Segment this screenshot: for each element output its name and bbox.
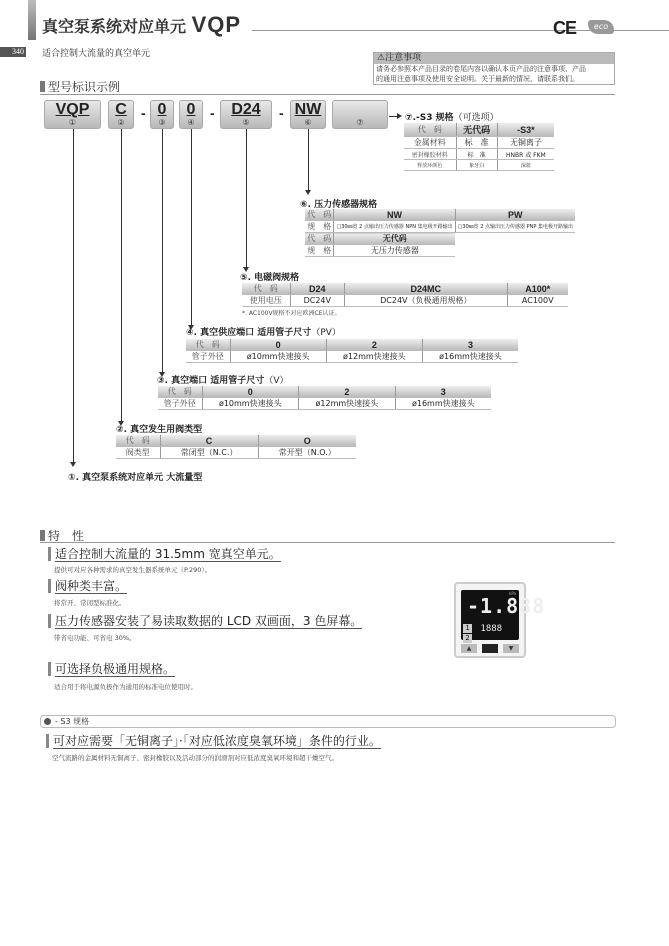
connector-line bbox=[162, 129, 163, 373]
lcd-screen: kPa -1.888 1 1888 2 bbox=[461, 590, 519, 640]
heading-text: ④. 真空供应端口 适用管子尺寸 bbox=[186, 328, 311, 338]
ce-mark-icon: CE bbox=[553, 18, 576, 39]
solenoid-note: *. AC100V规格不对应欧洲CE认证。 bbox=[242, 308, 341, 317]
feature-desc: 适合用于将电源负极作为通用的标准电位使用时。 bbox=[54, 682, 197, 691]
bar-label: - S3 规格 bbox=[55, 717, 89, 726]
cell: NW bbox=[334, 209, 455, 221]
box-num: ① bbox=[45, 118, 100, 128]
cell: ø16mm快速接头 bbox=[422, 351, 518, 363]
box-code bbox=[333, 102, 387, 118]
cell: DC24V（负极通用规格） bbox=[345, 295, 507, 307]
up-button-icon: ▲ bbox=[461, 644, 477, 653]
cell: 标 准 bbox=[456, 137, 497, 149]
arrow-down-icon bbox=[305, 190, 311, 195]
cell: 2 bbox=[299, 386, 396, 398]
cell: 使用电压 bbox=[242, 295, 290, 307]
cell: 代 码 bbox=[158, 386, 202, 398]
cell: ø16mm快速接头 bbox=[395, 398, 491, 410]
main-display: -1.888 bbox=[467, 594, 545, 618]
s3-section-bar: - S3 规格 bbox=[40, 715, 616, 728]
connector-line bbox=[121, 129, 122, 422]
cell: DC24V bbox=[290, 295, 345, 307]
cell: ø10mm快速接头 bbox=[230, 351, 326, 363]
arrow-right-icon bbox=[397, 113, 402, 119]
model-section-heading: 型号标识示例 bbox=[40, 78, 120, 95]
cell: 无压力传感器 bbox=[334, 245, 455, 257]
cell: 管子外径 bbox=[158, 398, 202, 410]
dash: - bbox=[279, 105, 284, 121]
heading-note: （PV） bbox=[311, 328, 341, 338]
cell: PW bbox=[455, 209, 575, 221]
box-num: ⑦ bbox=[333, 118, 387, 128]
cell: 无代码 bbox=[456, 123, 497, 137]
connector-line bbox=[73, 129, 74, 463]
cell: 无代码 bbox=[334, 233, 455, 245]
cell: O bbox=[258, 435, 356, 447]
cell: 金属材料 bbox=[404, 137, 456, 149]
heading-text: 型号标识示例 bbox=[48, 80, 120, 94]
caution-text: 请务必参照本产品目录的卷尾内容以确认本页产品的注意事项、产品 的通用注意事项及使… bbox=[374, 64, 614, 84]
supply-port-table: 代 码023 管子外径ø10mm快速接头ø12mm快速接头ø16mm快速接头 bbox=[186, 339, 518, 363]
title-accent-bar bbox=[28, 0, 36, 40]
solenoid-table: 代 码D24D24MCA100* 使用电压DC24VDC24V（负极通用规格）A… bbox=[242, 283, 568, 307]
cell: -S3* bbox=[497, 123, 554, 137]
model-box-1: VQP① bbox=[44, 100, 101, 129]
cell: 0 bbox=[230, 339, 326, 351]
feature-title: 适合控制大流量的 31.5mm 宽真空单元。 bbox=[48, 547, 281, 561]
sub-display-row: 1 1888 2 bbox=[463, 624, 517, 636]
vacuum-port-heading: ③. 真空端口 适用管子尺寸（V） bbox=[157, 373, 288, 386]
cell: 3 bbox=[422, 339, 518, 351]
box-code: NW bbox=[291, 102, 325, 118]
feature-title-text: 压力传感器安装了易读取数据的 LCD 双画面，3 色屏幕。 bbox=[55, 614, 362, 629]
cell: 管子外径 bbox=[186, 351, 230, 363]
s3-spec-heading: ⑦.-S3 规格（可选项） bbox=[405, 110, 499, 123]
cell: AC100V bbox=[507, 295, 568, 307]
cell: 常闭型（N.C.） bbox=[160, 447, 258, 459]
feature-title-text: 阀种类丰富。 bbox=[55, 579, 127, 594]
caution-box: ⚠注意事项 请务必参照本产品目录的卷尾内容以确认本页产品的注意事项、产品 的通用… bbox=[373, 52, 615, 85]
box-code: VQP bbox=[45, 102, 100, 118]
cell: C bbox=[160, 435, 258, 447]
model-box-3: 0③ bbox=[150, 100, 174, 129]
cell: 阀类型 bbox=[116, 447, 160, 459]
supply-port-heading: ④. 真空供应端口 适用管子尺寸（PV） bbox=[186, 325, 341, 338]
down-button-icon: ▼ bbox=[503, 644, 519, 653]
title-text: 真空泵系统对应单元 bbox=[42, 17, 186, 36]
cell: 3 bbox=[395, 386, 491, 398]
heading-text: ③. 真空端口 适用管子尺寸 bbox=[157, 376, 264, 386]
cell: 代 码 bbox=[305, 233, 334, 245]
model-box-4: 0④ bbox=[179, 100, 203, 129]
box-code: 0 bbox=[180, 102, 202, 118]
feature-title: 压力传感器安装了易读取数据的 LCD 双画面，3 色屏幕。 bbox=[48, 614, 362, 628]
cell: 代 码 bbox=[116, 435, 160, 447]
cell: D24 bbox=[290, 283, 345, 295]
cell: ø10mm快速接头 bbox=[202, 398, 299, 410]
model-name: VQP bbox=[192, 12, 241, 37]
solenoid-heading: ⑤. 电磁阀规格 bbox=[240, 270, 299, 283]
subtitle: 适合控制大流量的真空单元 bbox=[42, 46, 150, 59]
cell: 象牙白 bbox=[456, 160, 497, 171]
valve-type-table: 代 码CO 阀类型常闭型（N.C.）常开型（N.O.） bbox=[116, 435, 356, 459]
feature-title: 可选择负极通用规格。 bbox=[48, 662, 175, 676]
model-box-6: NW⑥ bbox=[290, 100, 326, 129]
cell: 代 码 bbox=[404, 123, 456, 137]
heading-note: （V） bbox=[264, 376, 288, 386]
cell: 规 格 bbox=[305, 245, 334, 257]
unit-type-heading: ①. 真空泵系统对应单元 大流量型 bbox=[68, 470, 202, 483]
heading-text: ⑦.-S3 规格 bbox=[405, 113, 454, 123]
cell: 2 bbox=[326, 339, 422, 351]
cell: 规 格 bbox=[305, 221, 334, 233]
cell: 无铜离子 bbox=[497, 137, 554, 149]
pressure-sensor-image: kPa -1.888 1 1888 2 ▲ ▼ bbox=[454, 582, 526, 658]
feature-title-text: 适合控制大流量的 31.5mm 宽真空单元。 bbox=[55, 547, 281, 562]
cell: A100* bbox=[507, 283, 568, 295]
dash: - bbox=[141, 105, 146, 121]
cell: D24MC bbox=[345, 283, 507, 295]
feature-title-text: 可选择负极通用规格。 bbox=[55, 662, 175, 677]
cell: 代 码 bbox=[242, 283, 290, 295]
caution-line: 的通用注意事项及使用安全说明。关于最新的情况，请联系我们。 bbox=[376, 74, 612, 84]
cell: □30㎜宽 2 点输出压力传感器 PNP 集电极开路输出 bbox=[455, 221, 575, 233]
model-box-7: ⑦ bbox=[332, 100, 388, 129]
dash: - bbox=[210, 105, 215, 121]
heading-marker bbox=[40, 81, 45, 92]
heading-marker bbox=[40, 530, 45, 541]
cell: 代 码 bbox=[186, 339, 230, 351]
feature-desc: 提供可对应各种需求的真空发生器系统单元（P.290）。 bbox=[54, 565, 211, 574]
sub-display: 1888 bbox=[480, 624, 502, 634]
pressure-sensor-table: 代 码NWPW 规 格□30㎜宽 2 点输出压力传感器 NPN 集电极开路输出□… bbox=[305, 209, 575, 257]
output1-indicator: 1 bbox=[463, 624, 472, 633]
cell: 深蓝 bbox=[497, 160, 554, 171]
connector-line bbox=[191, 129, 192, 326]
cell: □30㎜宽 2 点输出压力传感器 NPN 集电极开路输出 bbox=[334, 221, 455, 233]
valve-type-heading: ②. 真空发生用阀类型 bbox=[116, 422, 202, 435]
output2-indicator: 2 bbox=[463, 634, 472, 643]
vacuum-port-table: 代 码023 管子外径ø10mm快速接头ø12mm快速接头ø16mm快速接头 bbox=[158, 386, 491, 410]
eco-mark-icon: eco bbox=[588, 20, 614, 34]
cell: HNBR 或 FKM bbox=[497, 149, 554, 160]
cell: 释放环颜色 bbox=[404, 160, 456, 171]
heading-note: （可选项） bbox=[454, 113, 499, 123]
caution-title: ⚠注意事项 bbox=[374, 53, 614, 64]
section-rule bbox=[40, 94, 615, 95]
box-num: ⑤ bbox=[221, 118, 271, 128]
s3-desc: 空气流路的金属材料无铜离子、密封橡胶以及活动部分的润滑剂对应低浓度臭氧环境和超干… bbox=[52, 753, 338, 762]
box-num: ② bbox=[109, 118, 133, 128]
cell: ø12mm快速接头 bbox=[299, 398, 396, 410]
box-num: ④ bbox=[180, 118, 202, 128]
box-code: 0 bbox=[151, 102, 173, 118]
box-num: ③ bbox=[151, 118, 173, 128]
page-title: 真空泵系统对应单元 VQP bbox=[42, 12, 241, 38]
model-box-2: C② bbox=[108, 100, 134, 129]
bullet-icon bbox=[44, 718, 51, 725]
cell: 密封橡胶材料 bbox=[404, 149, 456, 160]
caution-line: 请务必参照本产品目录的卷尾内容以确认本页产品的注意事项、产品 bbox=[376, 64, 612, 74]
box-code: D24 bbox=[221, 102, 271, 118]
connector-line bbox=[246, 129, 247, 268]
s3-title: 可对应需要「无铜离子」·「对应低浓度臭氧环境」条件的行业。 bbox=[46, 734, 381, 748]
cell: 标 准 bbox=[456, 149, 497, 160]
box-num: ⑥ bbox=[291, 118, 325, 128]
s3-spec-table: 代 码无代码-S3* 金属材料标 准无铜离子 密封橡胶材料标 准HNBR 或 F… bbox=[404, 123, 554, 171]
s3-title-text: 可对应需要「无铜离子」·「对应低浓度臭氧环境」条件的行业。 bbox=[53, 734, 381, 749]
page-number: 340 bbox=[0, 47, 26, 57]
section-rule bbox=[40, 542, 615, 543]
arrow-down-icon bbox=[70, 462, 76, 467]
connector-line bbox=[308, 129, 309, 191]
model-box-5: D24⑤ bbox=[220, 100, 272, 129]
device-buttons: ▲ ▼ bbox=[461, 644, 519, 654]
feature-title: 阀种类丰富。 bbox=[48, 579, 127, 593]
cell: 常开型（N.O.） bbox=[258, 447, 356, 459]
cell: ø12mm快速接头 bbox=[326, 351, 422, 363]
empty-cell bbox=[455, 233, 575, 245]
heading-text: 特 性 bbox=[48, 529, 84, 543]
box-code: C bbox=[109, 102, 133, 118]
set-button bbox=[482, 644, 498, 653]
feature-desc: 带省电功能、可省电 30%。 bbox=[54, 633, 136, 642]
feature-desc: 将常开、常闭型标准化。 bbox=[54, 598, 126, 607]
cell: 代 码 bbox=[305, 209, 334, 221]
empty-cell bbox=[455, 245, 575, 257]
cell: 0 bbox=[202, 386, 299, 398]
